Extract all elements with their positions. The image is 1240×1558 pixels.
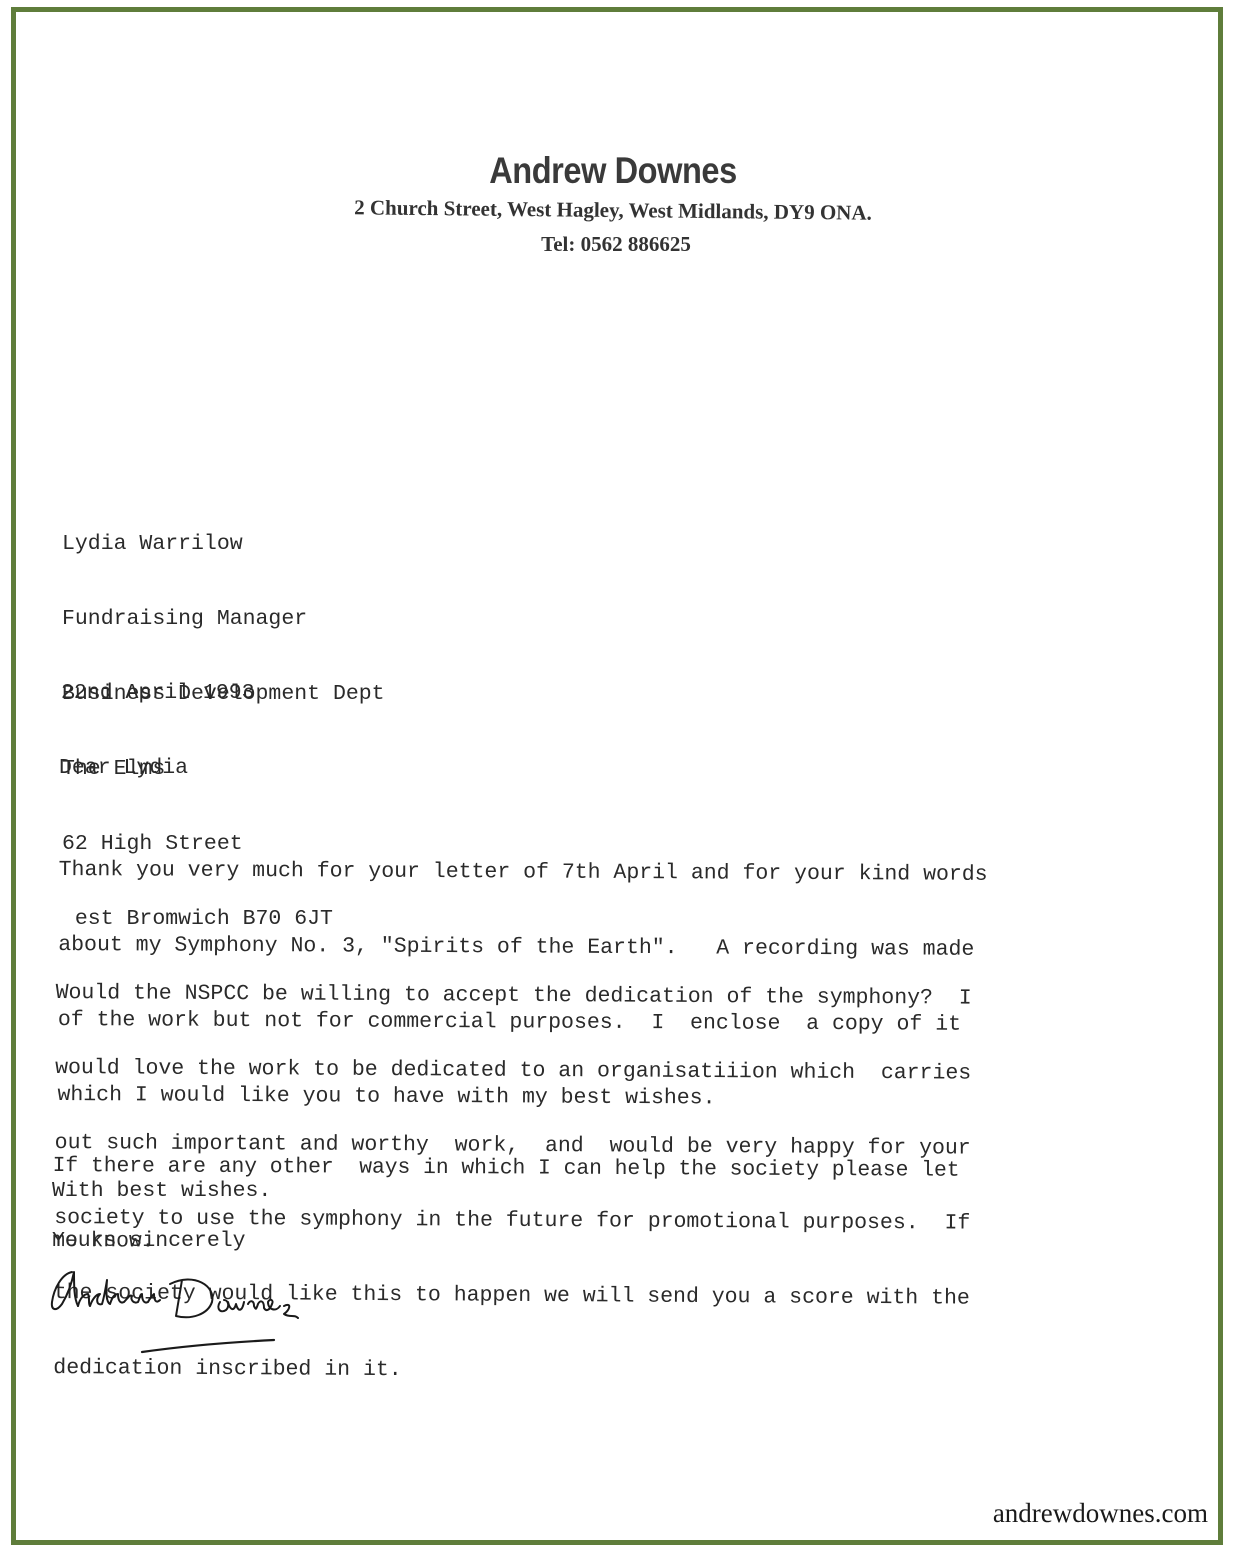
paragraph-line: Thank you very much for your letter of 7… <box>59 858 988 888</box>
recipient-title: Fundraising Manager <box>62 607 385 632</box>
salutation: Dear Lydia <box>59 756 188 781</box>
paragraph-line: Would the NSPCC be willing to accept the… <box>56 981 972 1012</box>
letter-date: 22nd April 1993 <box>61 681 255 706</box>
paragraph-line: would love the work to be dedicated to a… <box>55 1056 971 1087</box>
letterhead-name: Andrew Downes <box>74 150 1153 192</box>
signature-icon <box>44 1258 334 1368</box>
website-url: andrewdownes.com <box>993 1498 1208 1529</box>
recipient-name: Lydia Warrilow <box>62 532 385 557</box>
letterhead-telephone: Tel: 0562 886625 <box>0 232 1232 257</box>
closing-sign-off: Yours sincerely <box>52 1229 246 1254</box>
handwritten-signature <box>44 1258 334 1373</box>
closing-wishes: With best wishes. <box>52 1179 271 1204</box>
